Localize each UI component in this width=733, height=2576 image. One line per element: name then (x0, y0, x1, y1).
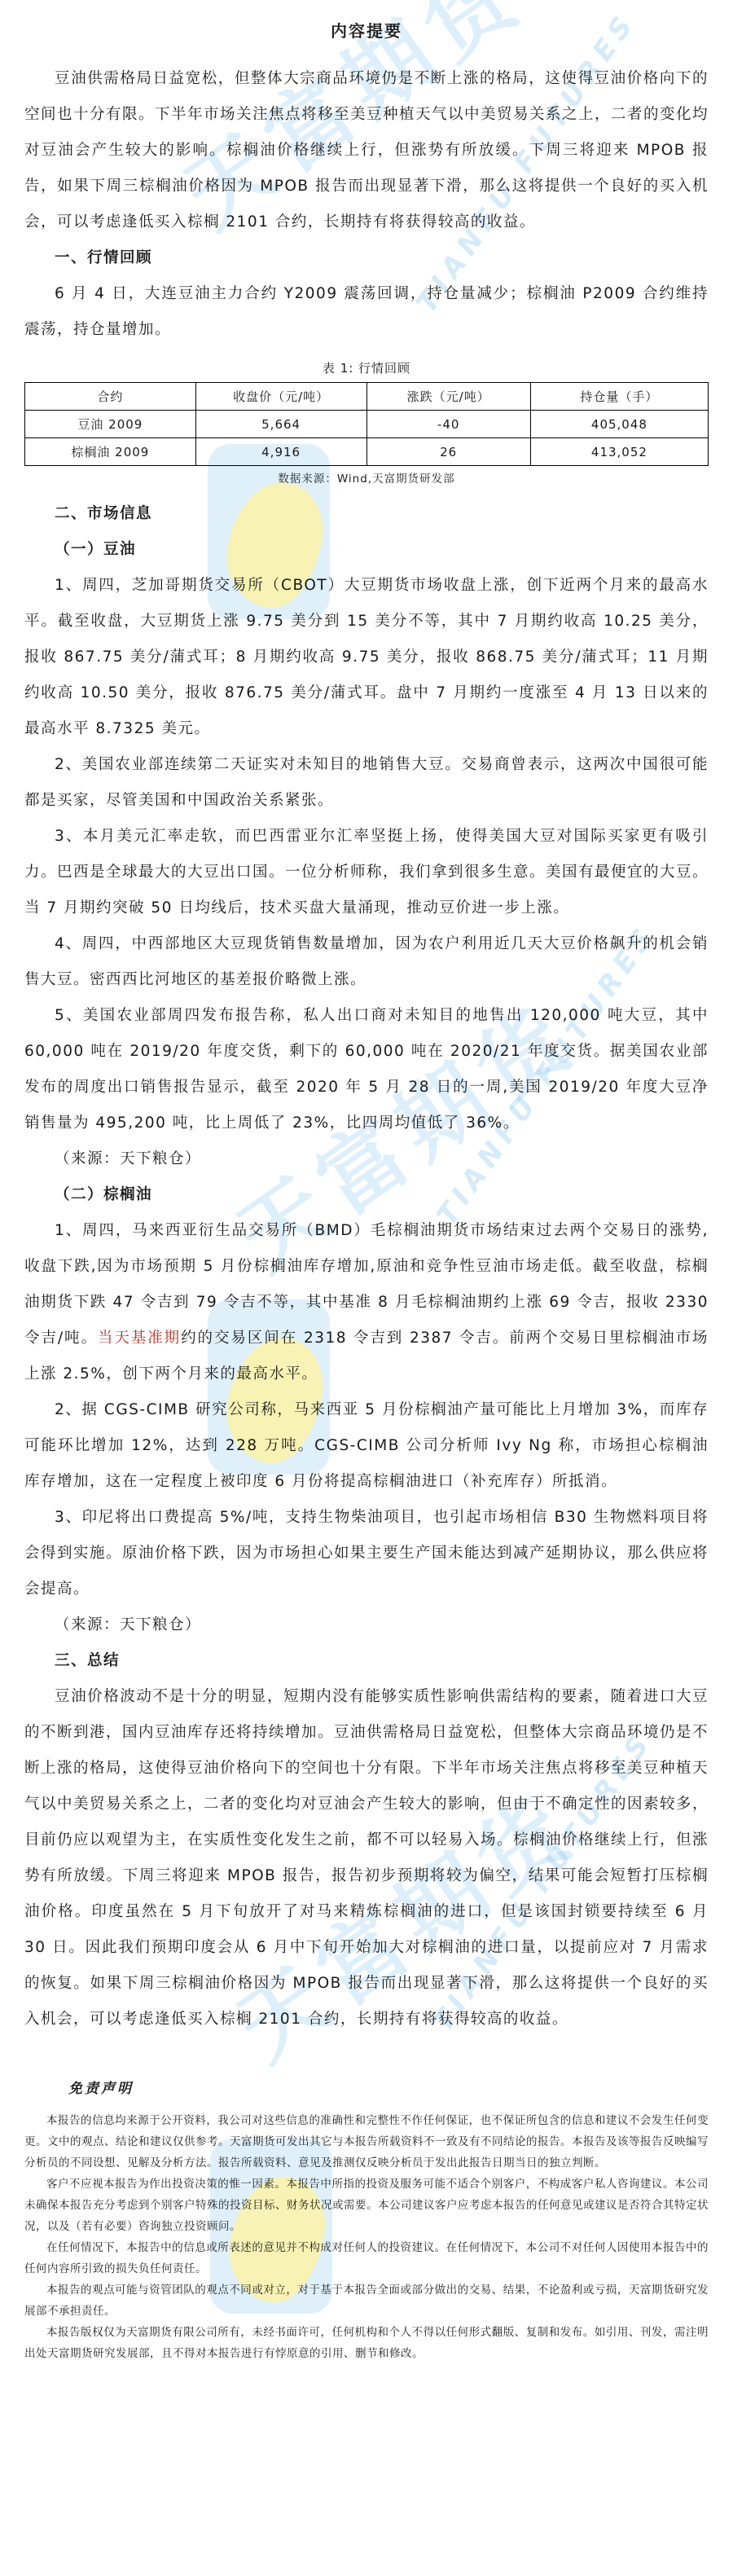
soy-source-note: （来源：天下粮仓） (24, 1141, 709, 1177)
table-data-source: 数据来源：Wind,天富期货研发部 (24, 468, 709, 490)
soy-paragraph-3: 3、本月美元汇率走软，而巴西雷亚尔汇率坚挺上扬，使得美国大豆对国际买家更有吸引力… (24, 819, 709, 926)
soy-paragraph-2: 2、美国农业部连续第二天证实对未知目的地销售大豆。交易商曾表示，这两次中国很可能… (24, 747, 709, 819)
palm-paragraph-2: 2、据 CGS-CIMB 研究公司称，马来西亚 5 月份棕榈油产量可能比上月增加… (24, 1392, 709, 1500)
table-header-change: 涨跌（元/吨） (366, 383, 530, 411)
soy-paragraph-5: 5、美国农业部周四发布报告称，私人出口商对未知目的地售出 120,000 吨大豆… (24, 998, 709, 1141)
palm-paragraph-1: 1、周四，马来西亚衍生品交易所（BMD）毛棕榈油期货市场结束过去两个交易日的涨势… (24, 1213, 709, 1392)
cell-contract: 棕榈油 2009 (25, 438, 196, 466)
table-header-close-price: 收盘价（元/吨） (195, 383, 366, 411)
table-header-open-interest: 持仓量（手） (530, 383, 708, 411)
palm-p1-red-highlight: 当天基准期 (98, 1330, 181, 1347)
table-row-palm-oil: 棕榈油 2009 4,916 26 413,052 (25, 438, 709, 466)
section-1-heading: 一、行情回顾 (24, 240, 709, 276)
table-row-soybean-oil: 豆油 2009 5,664 -40 405,048 (25, 411, 709, 438)
palm-paragraph-3: 3、印尼将出口费提高 5%/吨，支持生物柴油项目，也引起市场相信 B30 生物燃… (24, 1500, 709, 1607)
palm-p1-text-a: 1、周四，马来西亚衍生品交易所（BMD）毛棕榈油期货市场结束过去两个交易日的涨势… (24, 1222, 709, 1347)
disclaimer-paragraph-5: 本报告版权仅为天富期货有限公司所有，未经书面许可，任何机构和个人不得以任何形式翻… (24, 2322, 709, 2364)
palm-source-note: （来源：天下粮仓） (24, 1607, 709, 1643)
cell-change: -40 (366, 411, 530, 438)
disclaimer-paragraph-3: 在任何情况下，本报告中的信息或所表述的意见并不构成对任何人的投资建议。在任何情况… (24, 2237, 709, 2279)
palm-oil-subheading: （二）棕榈油 (24, 1177, 709, 1213)
market-review-paragraph: 6 月 4 日，大连豆油主力合约 Y2009 震荡回调，持仓量减少；棕榈油 P2… (24, 276, 709, 348)
disclaimer-section: 免责声明 本报告的信息均来源于公开资料，我公司对这些信息的准确性和完整性不作任何… (24, 2077, 709, 2364)
table-caption: 表 1: 行情回顾 (24, 356, 709, 380)
disclaimer-paragraph-2: 客户不应视本报告为作出投资决策的惟一因素。本报告中所指的投资及服务可能不适合个别… (24, 2174, 709, 2237)
summary-paragraph: 豆油价格波动不是十分的明显，短期内没有能够实质性影响供需结构的要素，随着进口大豆… (24, 1679, 709, 2038)
table-header-contract: 合约 (25, 383, 196, 411)
report-content: 内容提要 豆油供需格局日益宽松，但整体大宗商品环境仍是不断上涨的格局，这使得豆油… (0, 0, 733, 2389)
table-header-row: 合约 收盘价（元/吨） 涨跌（元/吨） 持仓量（手） (25, 383, 709, 411)
abstract-paragraph: 豆油供需格局日益宽松，但整体大宗商品环境仍是不断上涨的格局，这使得豆油价格向下的… (24, 61, 709, 240)
cell-contract: 豆油 2009 (25, 411, 196, 438)
cell-open-interest: 405,048 (530, 411, 708, 438)
disclaimer-paragraph-1: 本报告的信息均来源于公开资料，我公司对这些信息的准确性和完整性不作任何保证，也不… (24, 2110, 709, 2174)
page-title: 内容提要 (24, 18, 709, 42)
cell-open-interest: 413,052 (530, 438, 708, 466)
disclaimer-heading: 免责声明 (68, 2077, 709, 2097)
report-page: 天富期货 TIANFU FUTURES 天富期货 TIANFU FUTURES … (0, 0, 733, 2576)
cell-close-price: 5,664 (195, 411, 366, 438)
section-3-heading: 三、总结 (24, 1643, 709, 1679)
soybean-oil-subheading: （一）豆油 (24, 532, 709, 568)
section-2-heading: 二、市场信息 (24, 496, 709, 532)
soy-paragraph-4: 4、周四，中西部地区大豆现货销售数量增加，因为农户利用近几天大豆价格飙升的机会销… (24, 926, 709, 998)
disclaimer-paragraph-4: 本报告的观点可能与资管团队的观点不同或对立，对于基于本报告全面或部分做出的交易、… (24, 2279, 709, 2322)
soy-paragraph-1: 1、周四，芝加哥期货交易所（CBOT）大豆期货市场收盘上涨，创下近两个月来的最高… (24, 568, 709, 747)
cell-change: 26 (366, 438, 530, 466)
market-review-table: 合约 收盘价（元/吨） 涨跌（元/吨） 持仓量（手） 豆油 2009 5,664… (24, 382, 709, 466)
cell-close-price: 4,916 (195, 438, 366, 466)
